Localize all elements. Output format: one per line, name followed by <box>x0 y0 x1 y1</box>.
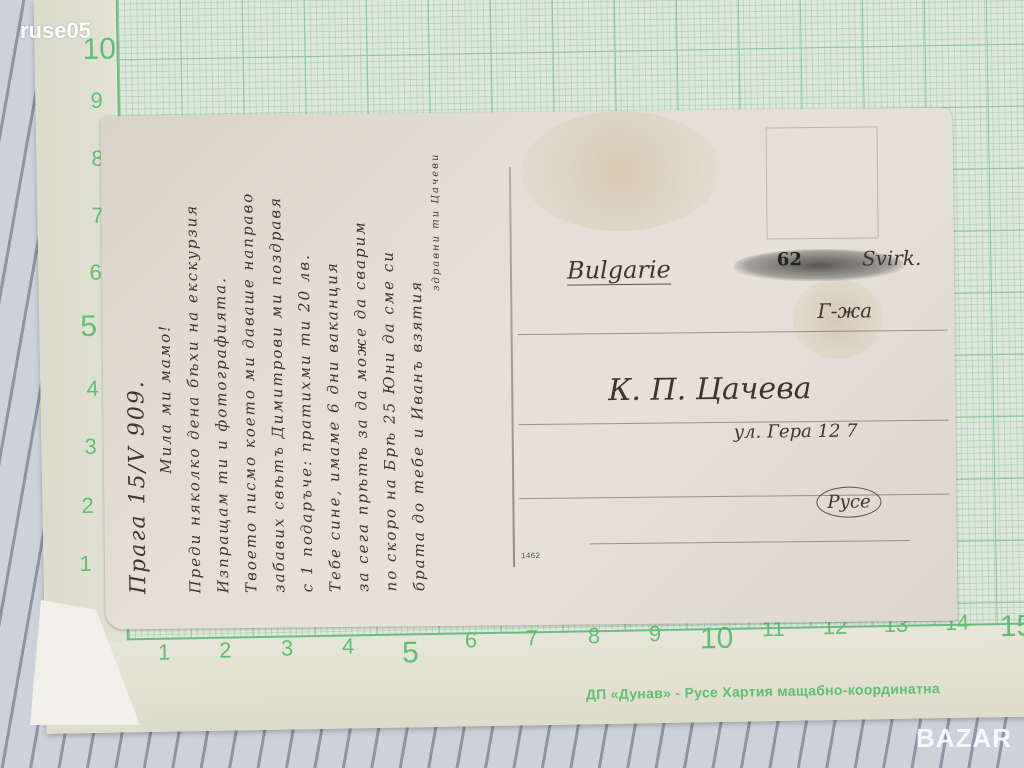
x-axis-label: 9 <box>649 621 662 647</box>
y-axis-label: 2 <box>81 493 94 519</box>
y-axis-label: 1 <box>79 551 92 577</box>
postmark-extra: Svirk. <box>862 246 922 271</box>
y-axis-label: 9 <box>90 88 103 114</box>
x-axis-label: 4 <box>342 633 355 659</box>
address-line <box>590 540 910 544</box>
x-axis-label: 15 <box>999 610 1024 645</box>
address-line <box>518 330 948 336</box>
recipient-street: ул. Гера 12 7 <box>734 421 858 443</box>
x-axis-label: 10 <box>700 622 734 657</box>
x-axis-label: 6 <box>465 627 478 653</box>
y-axis-label: 4 <box>86 376 99 402</box>
watermark-ruse05: ruse05 <box>20 18 91 44</box>
postcard-divider-line <box>509 167 515 567</box>
postcard: Прага 15/V 909. Мила ми мамо! Преди няко… <box>100 108 957 630</box>
y-axis-label: 5 <box>80 310 97 344</box>
country-text: Bulgarie <box>567 256 671 286</box>
recipient-name: К. П. Цачева <box>608 371 812 408</box>
y-axis-label: 6 <box>89 260 102 286</box>
x-axis-label: 1 <box>158 640 171 666</box>
x-axis-label: 2 <box>219 638 232 664</box>
handwritten-message: Прага 15/V 909. Мила ми мамо! Преди няко… <box>120 121 447 594</box>
postcard-series-number: 1462 <box>521 552 540 561</box>
y-axis-label: 3 <box>84 434 97 460</box>
x-axis-label: 3 <box>281 635 294 661</box>
recipient-city: Русе <box>816 486 882 518</box>
message-line: Твоето писмо което ми даваше направо <box>232 123 265 593</box>
watermark-bazar-logo: BAZAR <box>916 723 1012 754</box>
postmark-number: 62 <box>777 249 802 270</box>
address-line <box>519 494 949 500</box>
x-axis-label: 7 <box>526 625 539 651</box>
postcard-stain <box>520 110 721 232</box>
stamp-placeholder-box <box>765 126 878 239</box>
x-axis-label: 8 <box>588 623 601 649</box>
x-axis-label: 5 <box>402 636 419 670</box>
recipient-prefix: Г-жа <box>817 298 872 323</box>
